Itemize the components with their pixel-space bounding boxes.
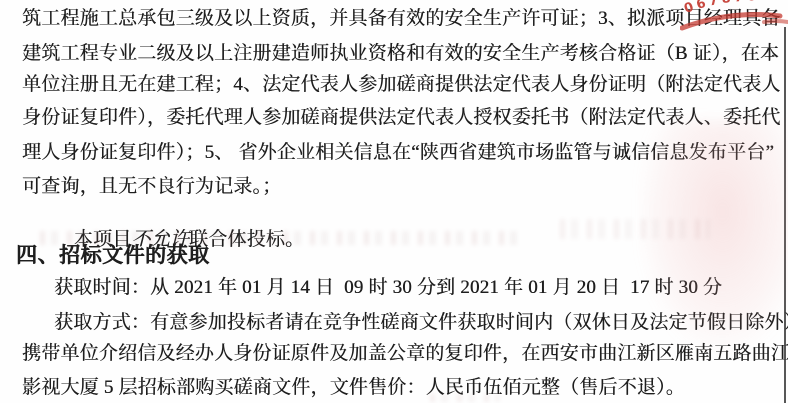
body-line: 携带单位介绍信及经办人身份证原件及加盖公章的复印件，在西安市曲江新区雁南五路曲江 bbox=[22, 343, 788, 365]
scan-edge-line bbox=[784, 27, 786, 403]
scanned-tender-document-page: 筑工程施工总承包三级及以上资质，并具备有效的安全生产许可证；3、拟派项目经理具备… bbox=[0, 0, 788, 403]
body-line: 身份证复印件），委托代理人参加磋商提供法定代表人授权委托书（附法定代表人、委托代 bbox=[22, 107, 781, 129]
bleed-through-text bbox=[560, 219, 710, 239]
body-line: 影视大厦 5 层招标部购买磋商文件，文件售价：人民币伍佰元整（售后不退）。 bbox=[22, 377, 685, 399]
body-line: 理人身份证复印件）；5、 省外企业相关信息在“陕西省建筑市场监管与诚信信息发布平… bbox=[22, 142, 774, 164]
body-line: 建筑工程专业二级及以上注册建造师执业资格和有效的安全生产考核合格证（B 证），在… bbox=[22, 43, 779, 65]
body-line: 获取方式：有意参加投标者请在竞争性磋商文件获取时间内（双休日及法定节假日除外） bbox=[54, 312, 788, 334]
section-heading: 四、招标文件的获取 bbox=[16, 239, 210, 269]
body-line: 筑工程施工总承包三级及以上资质，并具备有效的安全生产许可证；3、拟派项目经理具备 bbox=[22, 8, 781, 30]
acquisition-time-line: 获取时间：从 2021 年 01 月 14 日 09 时 30 分到 2021 … bbox=[54, 277, 722, 299]
body-line: 单位注册且无在建工程；4、法定代表人参加磋商提供法定代表人身份证明（附法定代表人 bbox=[22, 74, 781, 96]
body-line: 可查询，且无不良行为记录。； bbox=[22, 176, 281, 198]
